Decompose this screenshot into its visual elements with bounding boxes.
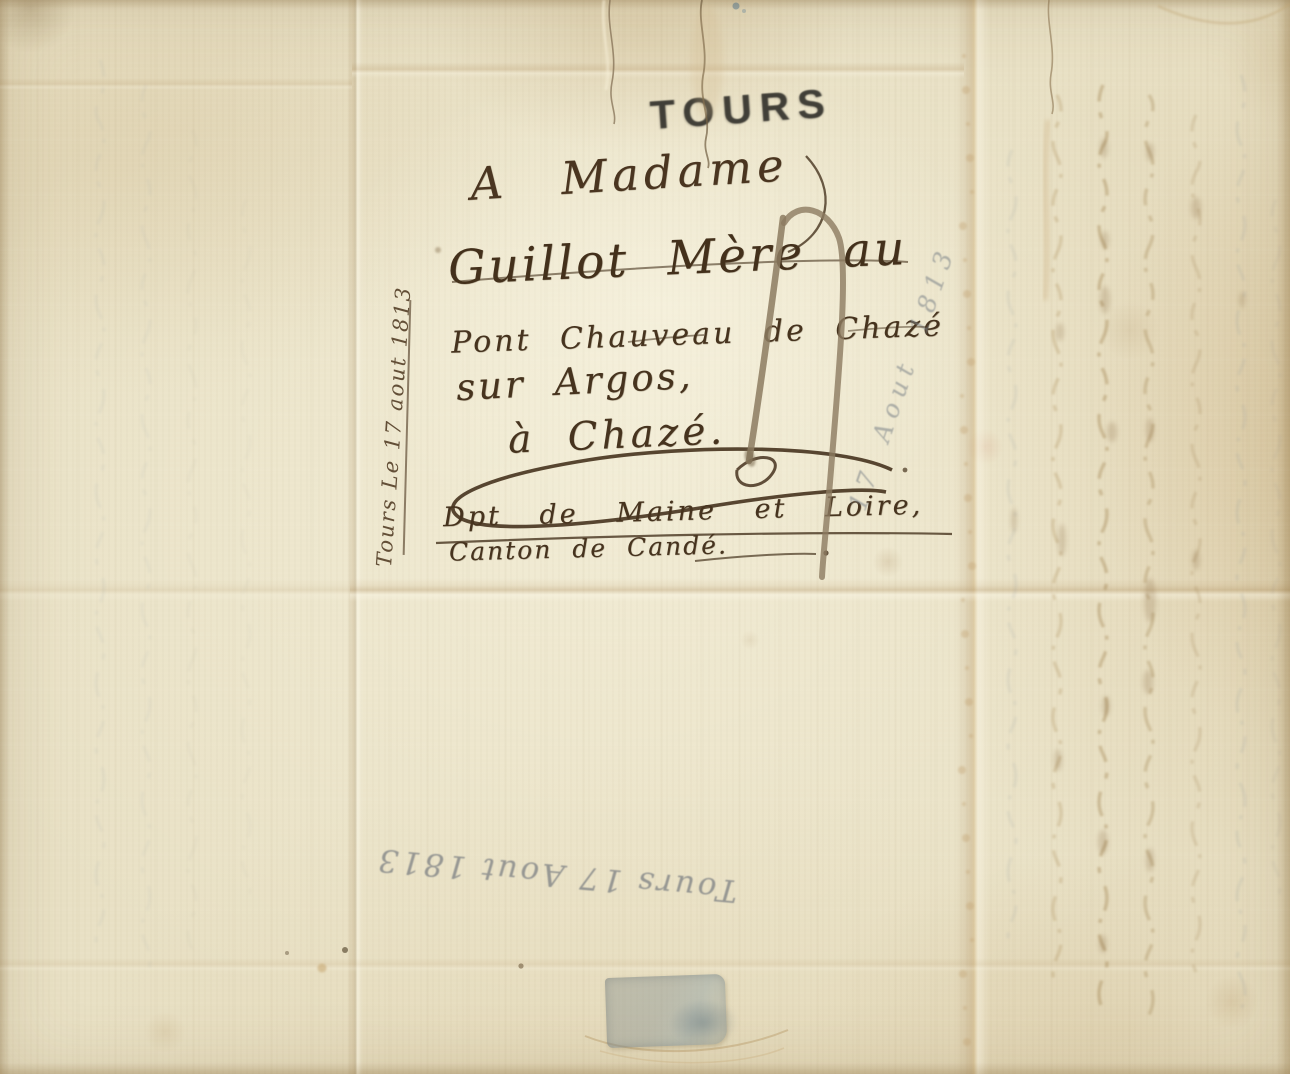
- show-through-line: [1099, 85, 1107, 1010]
- crease-texture-dot: [960, 426, 968, 434]
- show-through-blot: [1098, 830, 1108, 854]
- crease-texture-dot: [964, 494, 972, 502]
- top-tear-creases: [603, 0, 1290, 300]
- crease-texture-dot: [963, 258, 967, 262]
- show-through-blot: [1107, 422, 1117, 442]
- show-through-blot: [1143, 670, 1153, 694]
- show-through-blot: [1192, 550, 1200, 570]
- show-through-line: [1008, 150, 1016, 952]
- crease-texture-dot: [963, 1006, 967, 1010]
- show-through-line: [96, 60, 104, 955]
- show-through-blot: [1239, 292, 1245, 308]
- crease-texture-dot: [961, 630, 969, 638]
- show-through-blot: [1100, 138, 1108, 158]
- show-through-line: [1145, 95, 1153, 1015]
- crease-texture-dot: [961, 598, 965, 602]
- crease-texture-dot: [962, 802, 966, 806]
- crease-texture-dot: [966, 154, 974, 162]
- crease-texture-dot: [968, 530, 972, 534]
- crease-texture-dot: [970, 190, 974, 194]
- show-through-blot: [1101, 231, 1109, 249]
- letter-scan: TOURS A Madame Guillot Mère au Pont Chau…: [0, 0, 1290, 1074]
- crease-texture-dot: [962, 86, 970, 94]
- postage-due-mark: [742, 210, 843, 577]
- crease-texture-dot: [967, 326, 971, 330]
- crease-texture-dot: [965, 698, 973, 706]
- crease-texture-dot: [958, 766, 966, 774]
- show-through-blot: [1056, 323, 1064, 341]
- show-through-blot: [1011, 508, 1017, 532]
- handwriting-flourish-strokes: [436, 156, 952, 561]
- crease-texture-dot: [966, 902, 974, 910]
- crease-texture-dot: [963, 290, 971, 298]
- crease-texture-dot: [959, 222, 967, 230]
- show-through-line: [242, 200, 250, 906]
- crease-texture-dot: [964, 462, 968, 466]
- crease-texture-dot: [970, 938, 974, 942]
- crease-texture-dot: [967, 358, 975, 366]
- show-through-blot: [1146, 418, 1154, 442]
- crease-texture-dot: [959, 970, 967, 978]
- show-through-line: [142, 85, 150, 976]
- show-through-blot: [1102, 696, 1110, 716]
- show-through-line: [188, 130, 196, 949]
- show-through-blot: [1146, 143, 1154, 161]
- crease-texture-dot: [960, 394, 964, 398]
- crease-texture-dot: [962, 834, 970, 842]
- show-through-line: [1237, 75, 1245, 1009]
- crease-texture-dot: [969, 734, 973, 738]
- show-through-blot: [1191, 197, 1201, 219]
- crease-texture-dot: [966, 122, 970, 126]
- crease-texture-dot: [966, 870, 970, 874]
- ink-specks: [285, 3, 746, 973]
- ink-and-texture-overlay: [0, 0, 1290, 1074]
- show-through-blot: [1054, 749, 1062, 771]
- crease-texture-dot: [962, 54, 966, 58]
- crease-texture-dot: [963, 1038, 971, 1046]
- show-through-blot: [1146, 848, 1154, 872]
- show-through-line: [1192, 115, 1200, 972]
- show-through-blot: [1100, 286, 1110, 314]
- show-through-line: [1272, 200, 1280, 902]
- show-through-blot: [1144, 578, 1156, 622]
- show-through-blot: [1099, 935, 1107, 953]
- crease-texture-dot: [968, 562, 976, 570]
- crease-texture-dot: [965, 666, 969, 670]
- seal-remnant: [605, 974, 727, 1048]
- show-through-writing: [96, 54, 1280, 1046]
- show-through-blot: [1058, 524, 1066, 556]
